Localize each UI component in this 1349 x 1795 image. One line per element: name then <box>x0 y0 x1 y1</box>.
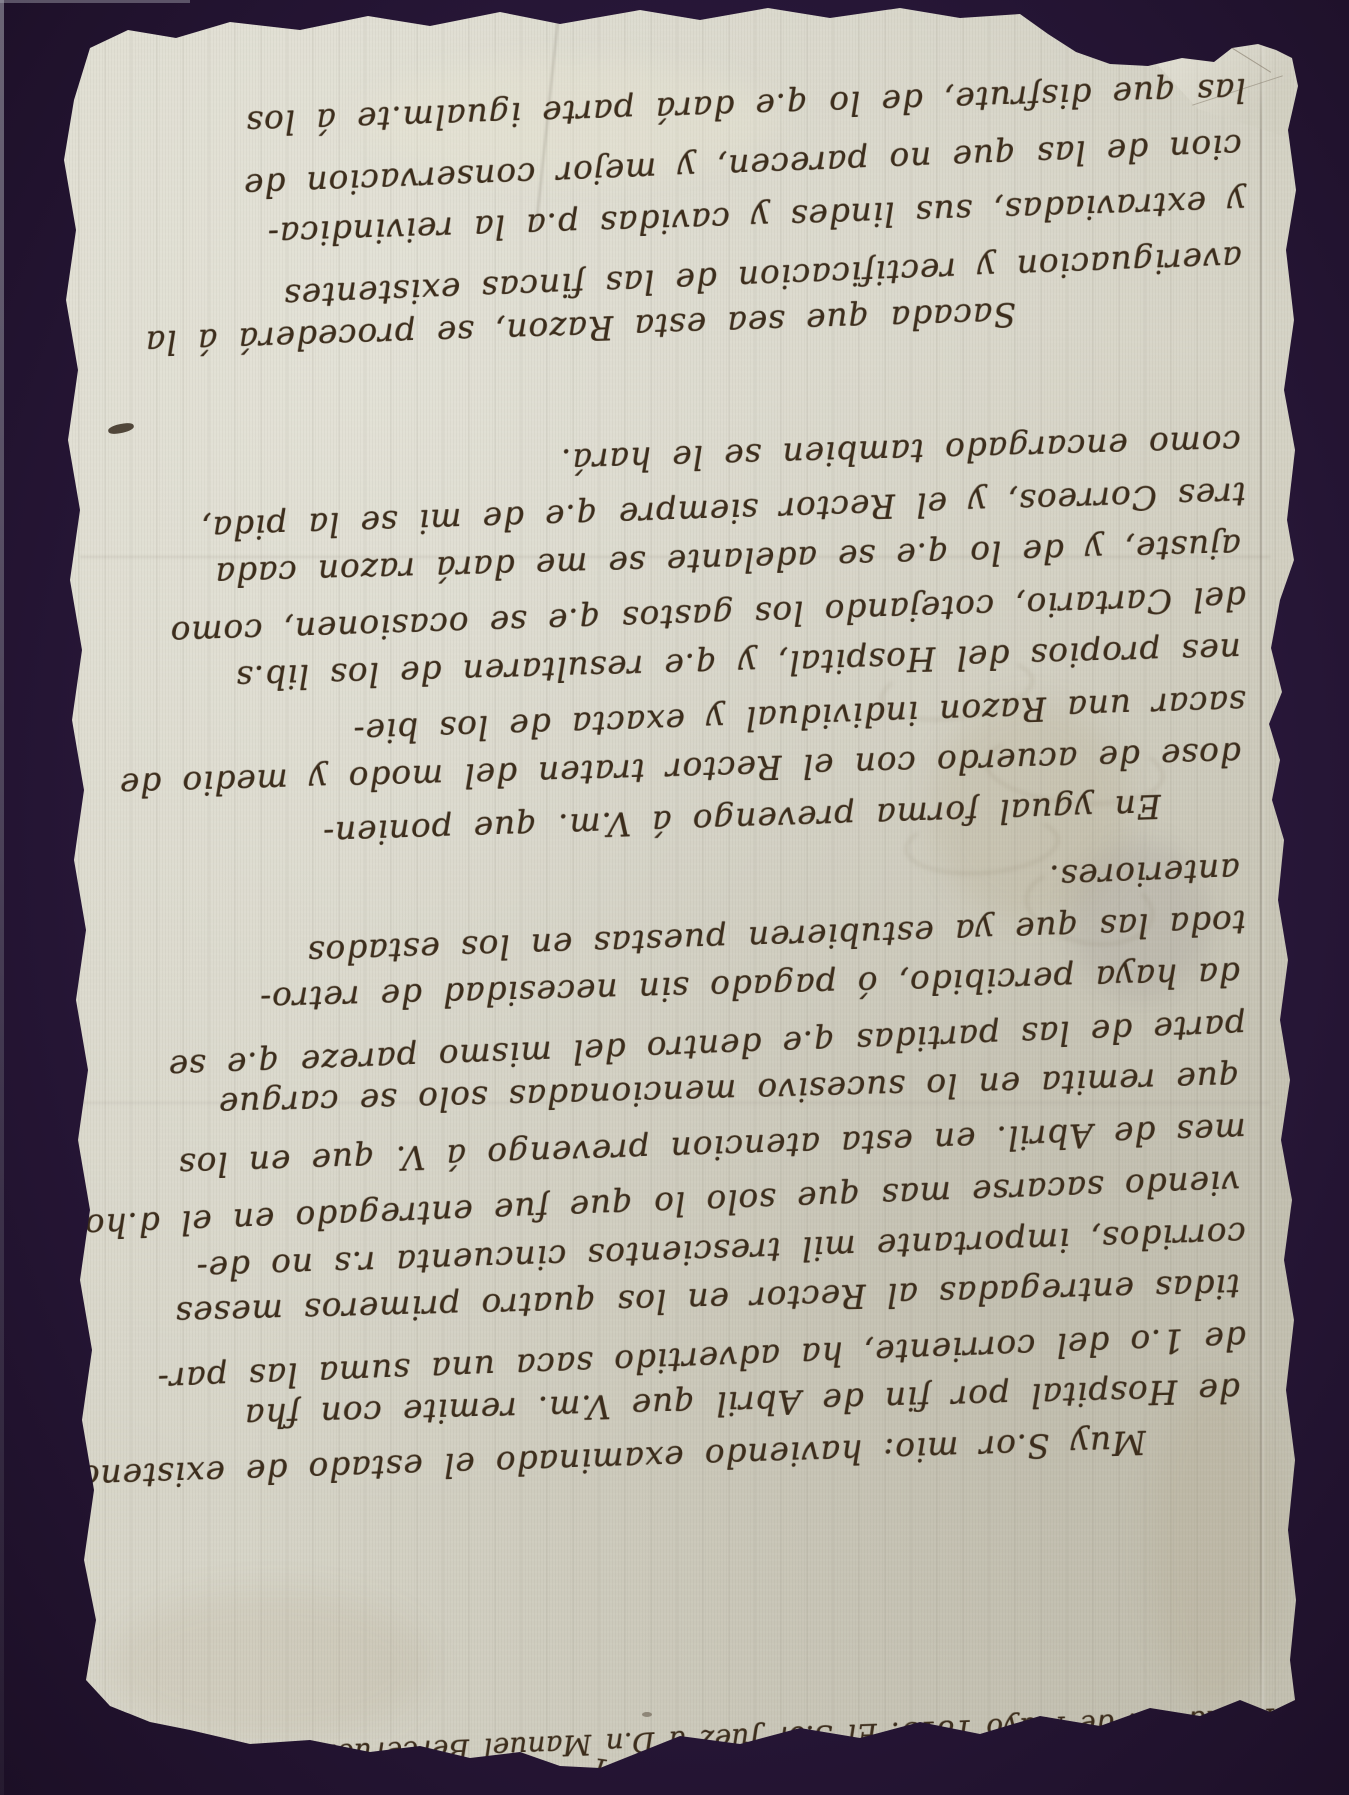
scan-backdrop: 1 Madrid 26. de Mayo 1819. El S.or Juez … <box>0 0 1349 1795</box>
handwriting-block-upside-down: 1 Madrid 26. de Mayo 1819. El S.or Juez … <box>50 16 1298 1780</box>
date-salutation-line: Madrid 26. de Mayo 1819. El S.or Juez á … <box>302 1701 1293 1772</box>
scanner-edge-strip-top <box>0 0 190 3</box>
ink-speck <box>1196 28 1204 34</box>
paragraph: Sacada que sea esta Razon, se procederá … <box>145 62 1246 342</box>
manuscript-sheet: 1 Madrid 26. de Mayo 1819. El S.or Juez … <box>0 0 1349 1795</box>
scanner-edge-strip <box>0 0 4 1795</box>
paragraph: En ygual forma prevengo á V.m. que ponie… <box>119 416 1246 832</box>
paragraph: Muy S.or mio: haviendo examinado el esta… <box>30 844 1246 1468</box>
